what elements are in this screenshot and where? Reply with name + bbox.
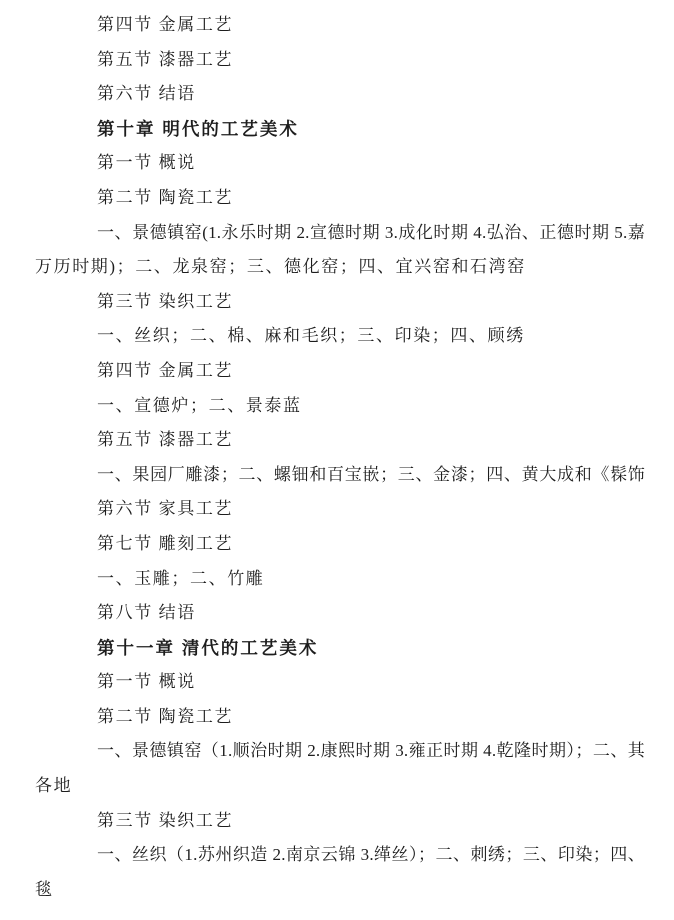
section-entry: 第四节 金属工艺 xyxy=(35,8,645,43)
section-entry: 第八节 结语 xyxy=(35,596,645,631)
continuation-line: 万历时期)；二、龙泉窑；三、德化窑；四、宜兴窑和石湾窑 xyxy=(35,250,645,285)
document-page: 第四节 金属工艺 第五节 漆器工艺 第六节 结语 第十章 明代的工艺美术 第一节… xyxy=(0,0,674,920)
chapter-heading: 第十章 明代的工艺美术 xyxy=(35,112,645,147)
item-entry: 一、丝织；二、棉、麻和毛织；三、印染；四、顾绣 xyxy=(35,319,645,354)
section-entry: 第五节 漆器工艺 xyxy=(35,423,645,458)
section-entry: 第三节 染织工艺 xyxy=(35,285,645,320)
section-entry: 第二节 陶瓷工艺 xyxy=(35,181,645,216)
item-entry: 一、丝织（1.苏州织造 2.南京云锦 3.缂丝）；二、刺绣；三、印染；四、地 xyxy=(35,838,645,873)
section-entry: 第三节 染织工艺 xyxy=(35,804,645,839)
item-entry: 一、景德镇窑（1.顺治时期 2.康熙时期 3.雍正时期 4.乾隆时期）；二、其它 xyxy=(35,734,645,769)
section-entry: 第四节 金属工艺 xyxy=(35,354,645,389)
section-entry: 第二节 陶瓷工艺 xyxy=(35,700,645,735)
item-entry: 一、玉雕；二、竹雕 xyxy=(35,562,645,597)
section-entry: 第六节 结语 xyxy=(35,77,645,112)
continuation-line: 毯 xyxy=(35,873,645,908)
section-entry: 第一节 概说 xyxy=(35,146,645,181)
item-entry: 一、宣德炉；二、景泰蓝 xyxy=(35,389,645,424)
continuation-line: 各地 xyxy=(35,769,645,804)
chapter-heading: 第十一章 清代的工艺美术 xyxy=(35,631,645,666)
section-entry: 第六节 家具工艺 xyxy=(35,492,645,527)
item-entry: 一、果园厂雕漆；二、螺钿和百宝嵌；三、金漆；四、黄大成和《髹饰录》 xyxy=(35,458,645,493)
section-entry: 第五节 漆器工艺 xyxy=(35,43,645,78)
section-entry: 第一节 概说 xyxy=(35,665,645,700)
item-entry: 一、景德镇窑(1.永乐时期 2.宣德时期 3.成化时期 4.弘治、正德时期 5.… xyxy=(35,216,645,251)
section-entry: 第七节 雕刻工艺 xyxy=(35,527,645,562)
